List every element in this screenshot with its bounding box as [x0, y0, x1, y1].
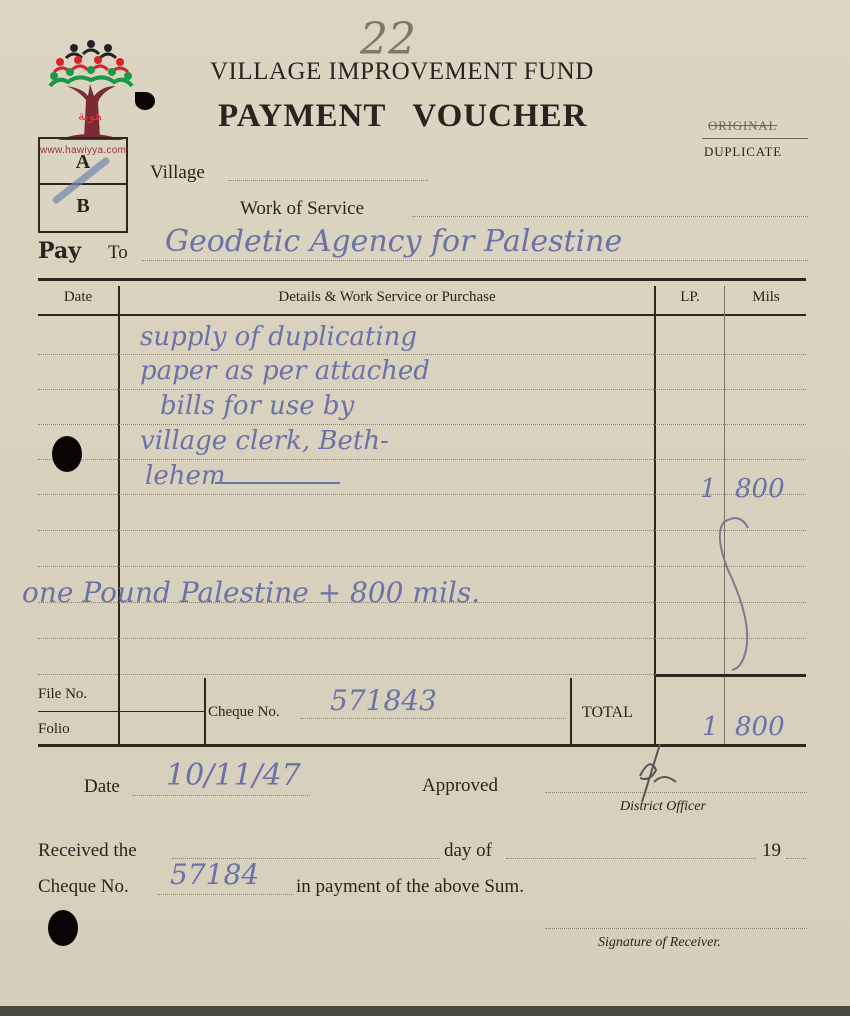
details-line: bills for use by [160, 393, 354, 419]
pay-to-value: Geodetic Agency for Palestine [165, 224, 622, 259]
pay-to-field[interactable] [142, 260, 808, 261]
column-header-date: Date [38, 289, 118, 306]
scan-edge [0, 1006, 850, 1016]
village-label: Village [150, 162, 205, 184]
table-row-line [38, 566, 806, 567]
amount-in-words: one Pound Palestine + 800 mils. [22, 576, 480, 609]
date-column-divider-lower [118, 672, 120, 744]
in-payment-label: in payment of the above Sum. [296, 876, 524, 898]
table-row-line [38, 424, 806, 425]
village-field[interactable] [228, 180, 428, 181]
year-prefix: 19 [762, 840, 781, 862]
date-column-divider [118, 286, 120, 672]
total-lp: 1 [702, 712, 719, 742]
details-line: lehem [145, 463, 226, 489]
approval-date-value: 10/11/47 [166, 758, 301, 793]
table-row-line [38, 459, 806, 460]
receiver-signature-caption: Signature of Receiver. [598, 935, 721, 951]
work-of-service-field[interactable] [412, 216, 808, 217]
copy-duplicate-label: DUPLICATE [704, 144, 782, 160]
approved-label: Approved [422, 775, 498, 797]
table-header-rule [38, 314, 806, 316]
received-month-field[interactable] [506, 858, 756, 859]
approval-date-field[interactable] [132, 795, 310, 796]
table-row-line [38, 389, 806, 390]
copy-divider [702, 138, 808, 139]
table-row-line [38, 494, 806, 495]
total-rule [656, 674, 806, 677]
ab-box: A B [38, 137, 128, 233]
details-end-stroke [215, 482, 340, 484]
total-label-divider [570, 678, 572, 744]
receipt-cheque-no-label: Cheque No. [38, 876, 129, 898]
punch-hole [48, 910, 78, 946]
tree-people-logo-icon: هوية [48, 40, 134, 140]
amount-column-divider [654, 286, 656, 746]
column-header-details: Details & Work Service or Purchase [120, 289, 654, 306]
ab-box-a: A [40, 151, 126, 174]
total-mils: 800 [735, 712, 785, 742]
svg-text:هوية: هوية [78, 109, 102, 124]
to-label: To [108, 242, 128, 264]
file-folio-rule [38, 711, 204, 712]
receipt-cheque-no-field[interactable] [158, 894, 294, 895]
details-line: supply of duplicating [140, 324, 417, 350]
cheque-no-field[interactable] [300, 718, 566, 719]
receipt-cheque-no-value: 57184 [170, 858, 259, 891]
table-row-line [38, 530, 806, 531]
receiver-signature-field[interactable] [545, 928, 807, 929]
table-top-rule [38, 278, 806, 281]
received-year-field[interactable] [786, 858, 806, 859]
line-amount-lp: 1 [700, 474, 717, 504]
file-folio-divider [204, 678, 206, 744]
form-title: VILLAGE IMPROVEMENT FUND [210, 58, 594, 86]
table-row-line [38, 674, 656, 675]
day-of-label: day of [444, 840, 492, 862]
details-line: paper as per attached [140, 358, 430, 384]
work-of-service-label: Work of Service [240, 198, 364, 220]
details-line: village clerk, Beth- [140, 428, 389, 454]
cheque-no-value: 571843 [330, 684, 437, 717]
total-label: TOTAL [582, 704, 633, 722]
cheque-no-label: Cheque No. [208, 704, 280, 721]
form-subtitle: PAYMENT VOUCHER [218, 98, 587, 135]
table-row-line [38, 638, 806, 639]
table-row-line [38, 354, 806, 355]
punch-hole [52, 436, 82, 472]
folio-label: Folio [38, 721, 70, 738]
punch-hole [135, 92, 155, 110]
pay-label: Pay [38, 238, 81, 264]
received-the-label: Received the [38, 840, 137, 862]
line-amount-mils: 800 [735, 474, 785, 504]
approval-date-label: Date [84, 776, 120, 798]
column-header-mils: Mils [726, 289, 806, 306]
column-header-lp: LP. [656, 289, 724, 306]
bracket-stroke-icon [710, 510, 760, 675]
district-officer-caption: District Officer [620, 799, 706, 815]
copy-original-label: ORIGINAL [708, 118, 777, 134]
file-no-label: File No. [38, 686, 87, 703]
